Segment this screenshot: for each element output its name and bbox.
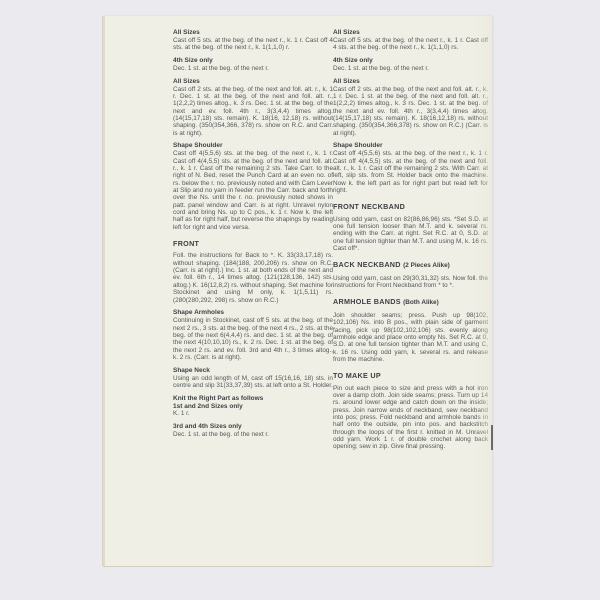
heading-text: All Sizes [173, 29, 200, 36]
subheading: Knit the Right Part as follows [173, 395, 333, 402]
section-heading: FRONT [173, 240, 333, 247]
text-section: Shape ShoulderCast off 4(5,5,6) sts. at … [173, 142, 333, 231]
paragraph: Cast off 5 sts. at the beg. of the next … [173, 37, 333, 52]
text-section: Shape NeckUsing an odd length of M, cast… [173, 367, 333, 390]
subheading: All Sizes [333, 29, 488, 36]
text-section: Knit the Right Part as follows1st and 2n… [173, 395, 333, 418]
text-section: All SizesCast off 2 sts. at the beg. of … [333, 78, 488, 137]
text-section: All SizesCast off 5 sts. at the beg. of … [173, 29, 333, 52]
subheading: 4th Size only [173, 57, 333, 64]
page-edge-mark [491, 425, 493, 450]
paragraph: Continuing in Stockinet, cast off 5 sts.… [173, 317, 333, 361]
heading-text: BACK NECKBAND [333, 260, 401, 269]
subheading: All Sizes [333, 78, 488, 85]
heading-text: Shape Shoulder [333, 142, 382, 149]
text-section: Shape ShoulderCast off 4(5,5,6) sts. at … [333, 142, 488, 194]
heading-text: 1st and 2nd Sizes only [173, 403, 243, 410]
paragraph: Cast off 4(5,5,6) sts. at the beg. of th… [333, 150, 488, 194]
paragraph: Cast off 2 sts. at the beg. of the next … [333, 86, 488, 137]
heading-text: FRONT [173, 239, 199, 248]
paragraph: Dec. 1 st. at the beg. of the next r. [173, 65, 333, 72]
heading-text: FRONT NECKBAND [333, 202, 405, 211]
text-section: FRONTFoll. the instructions for Back to … [173, 240, 333, 304]
text-section: All SizesCast off 5 sts. at the beg. of … [333, 29, 488, 52]
left-column: All SizesCast off 5 sts. at the beg. of … [173, 29, 333, 444]
heading-text: Shape Shoulder [173, 142, 222, 149]
heading-text: Shape Armholes [173, 309, 224, 316]
section-heading: FRONT NECKBAND [333, 203, 488, 210]
paragraph: Cast off 2 sts. at the beg. of the next … [173, 86, 333, 137]
heading-text: Knit the Right Part as follows [173, 395, 263, 402]
heading-text: All Sizes [333, 29, 360, 36]
paragraph: Dec. 1 st. at the beg. of the next r. [173, 431, 333, 438]
booklet-page: All SizesCast off 5 sts. at the beg. of … [103, 16, 492, 566]
subheading: Shape Shoulder [173, 142, 333, 149]
heading-text: TO MAKE UP [333, 371, 381, 380]
section-heading: ARMHOLE BANDS (Both Alike) [333, 298, 488, 306]
paragraph: Using odd yarn, cast on 29(30,31,32) sts… [333, 275, 488, 290]
text-section: TO MAKE UPPin out each piece to size and… [333, 372, 488, 450]
section-heading: TO MAKE UP [333, 372, 488, 379]
text-section: 4th Size onlyDec. 1 st. at the beg. of t… [333, 57, 488, 72]
heading-text: Shape Neck [173, 367, 210, 374]
subheading: Shape Armholes [173, 309, 333, 316]
subheading: Shape Shoulder [333, 142, 488, 149]
right-column: All SizesCast off 5 sts. at the beg. of … [333, 29, 488, 456]
heading-text: 3rd and 4th Sizes only [173, 423, 242, 430]
paragraph: Pin out each piece to size and press wit… [333, 385, 488, 451]
subheading: 4th Size only [333, 57, 488, 64]
heading-text: 4th Size only [333, 57, 373, 64]
text-section: ARMHOLE BANDS (Both Alike)Join shoulder … [333, 298, 488, 363]
paragraph: Foll. the instructions for Back to *. K.… [173, 252, 333, 303]
heading-text: All Sizes [333, 78, 360, 85]
paragraph: Using an odd length of M, cast off 15(16… [173, 375, 333, 390]
paragraph: K. 1 r. [173, 410, 333, 417]
paragraph: Join shoulder seams; press. Push up 98(1… [333, 312, 488, 363]
paragraph: Cast off 4(5,5,6) sts. at the beg. of th… [173, 150, 333, 231]
heading-suffix: (2 Pieces Alike) [403, 262, 450, 269]
text-section: 4th Size onlyDec. 1 st. at the beg. of t… [173, 57, 333, 72]
text-section: All SizesCast off 2 sts. at the beg. of … [173, 78, 333, 137]
subheading: 3rd and 4th Sizes only [173, 423, 333, 430]
heading-suffix: (Both Alike) [403, 299, 439, 306]
text-section: Shape ArmholesContinuing in Stockinet, c… [173, 309, 333, 361]
heading-text: 4th Size only [173, 57, 213, 64]
paragraph: Dec. 1 st. at the beg. of the next r. [333, 65, 488, 72]
section-heading: BACK NECKBAND (2 Pieces Alike) [333, 261, 488, 269]
text-section: 3rd and 4th Sizes onlyDec. 1 st. at the … [173, 423, 333, 438]
heading-text: ARMHOLE BANDS [333, 297, 401, 306]
subheading: All Sizes [173, 78, 333, 85]
text-section: BACK NECKBAND (2 Pieces Alike)Using odd … [333, 261, 488, 289]
paragraph: Cast off 5 sts. at the beg. of the next … [333, 37, 488, 52]
text-section: FRONT NECKBANDUsing odd yarn, cast on 82… [333, 203, 488, 252]
subheading: 1st and 2nd Sizes only [173, 403, 333, 410]
heading-text: All Sizes [173, 78, 200, 85]
subheading: All Sizes [173, 29, 333, 36]
paragraph: Using odd yarn, cast on 82(86,86,96) sts… [333, 216, 488, 253]
subheading: Shape Neck [173, 367, 333, 374]
